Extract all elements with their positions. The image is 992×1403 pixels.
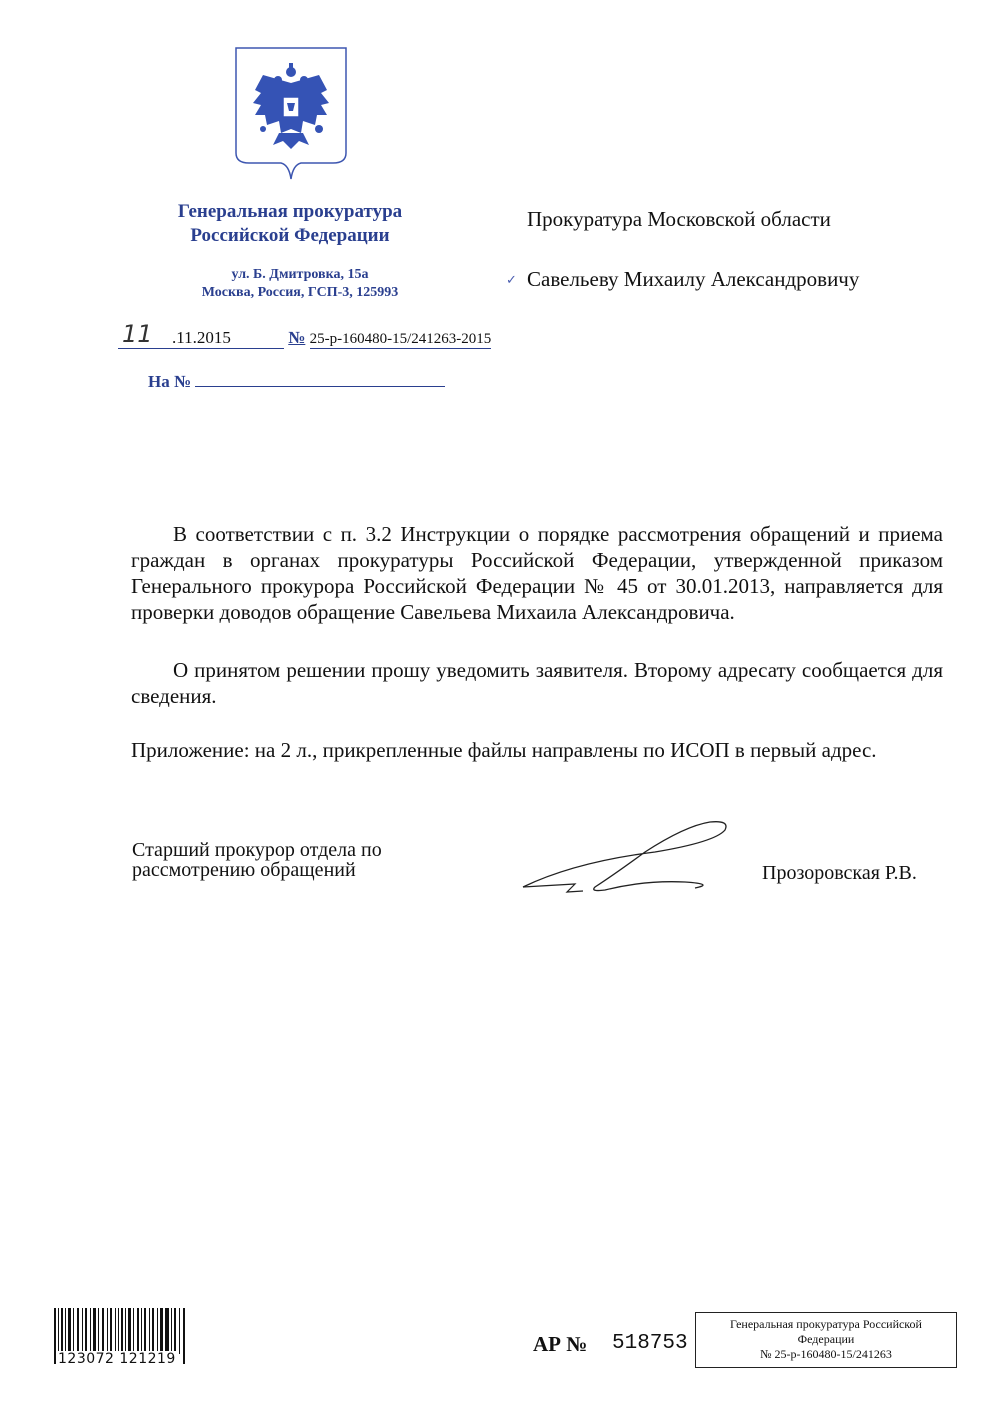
body-paragraph-1: В соответствии с п. 3.2 Инструкции о пор…: [131, 521, 943, 625]
checkmark-icon: ✓: [506, 272, 517, 288]
signer-title-line-1: Старший прокурор отдела по: [132, 840, 382, 860]
coat-of-arms-emblem: [233, 45, 349, 185]
body-paragraph-2: О принятом решении прошу уведомить заяви…: [131, 657, 943, 709]
org-name-line-1: Генеральная прокуратура: [140, 200, 440, 224]
signature-icon: [515, 812, 745, 894]
address-line-2: Москва, Россия, ГСП-3, 125993: [150, 284, 450, 302]
stamp-line-3: № 25-р-160480-15/241263: [696, 1347, 956, 1362]
signer-name: Прозоровская Р.В.: [762, 862, 917, 885]
ap-number: 518753: [612, 1332, 688, 1355]
date-value: .11.2015: [172, 328, 231, 347]
address-line-1: ул. Б. Дмитровка, 15а: [150, 266, 450, 284]
date-field: 11 .11.2015: [118, 328, 284, 349]
signer-title-line-2: рассмотрению обращений: [132, 860, 382, 880]
ref-number-field: [195, 372, 445, 387]
number-label: №: [288, 328, 305, 347]
russian-coat-of-arms-icon: [233, 45, 349, 185]
recipient-organization: Прокуратура Московской области: [527, 207, 831, 232]
handwritten-signature: [515, 812, 745, 894]
attachment-note: Приложение: на 2 л., прикрепленные файлы…: [131, 737, 943, 763]
registration-stamp: Генеральная прокуратура Российской Федер…: [695, 1312, 957, 1368]
reference-line: На №: [148, 372, 445, 392]
signer-title: Старший прокурор отдела по рассмотрению …: [132, 840, 382, 880]
issuer-address: ул. Б. Дмитровка, 15а Москва, Россия, ГС…: [150, 266, 450, 302]
recipient-person: Савельеву Михаилу Александровичу: [527, 267, 859, 292]
stamp-line-1: Генеральная прокуратура Российской: [696, 1317, 956, 1332]
org-name-line-2: Российской Федерации: [140, 224, 440, 248]
outgoing-number: 25-р-160480-15/241263-2015: [310, 331, 492, 349]
handwritten-day: 11: [122, 320, 153, 348]
ref-label: На №: [148, 372, 191, 391]
stamp-line-2: Федерации: [696, 1332, 956, 1347]
registration-line: 11 .11.2015 № 25-р-160480-15/241263-2015: [118, 328, 491, 349]
ap-label: АР №: [533, 1332, 587, 1357]
issuer-organization-name: Генеральная прокуратура Российской Федер…: [140, 200, 440, 248]
barcode-number: 123072 121219: [58, 1351, 176, 1367]
